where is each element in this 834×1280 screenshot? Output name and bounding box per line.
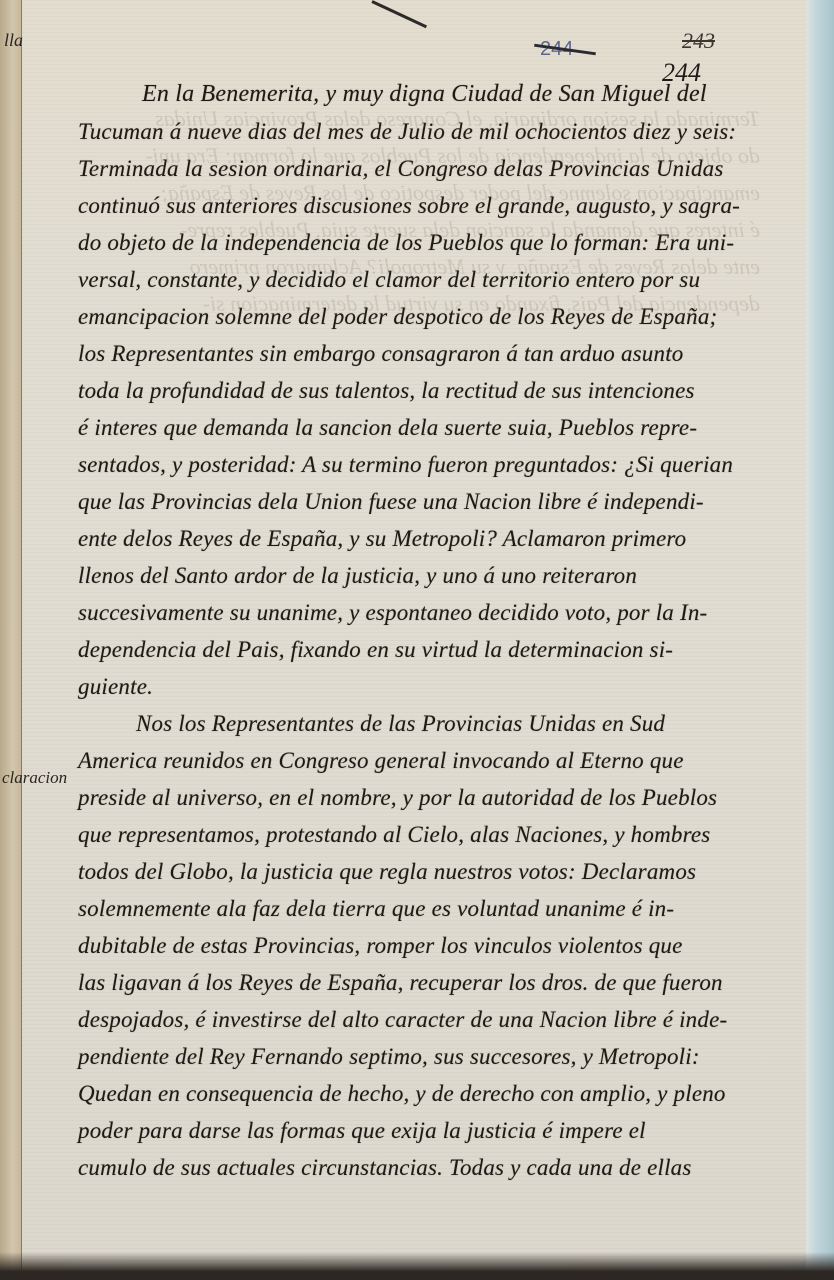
text-line: pendiente del Rey Fernando septimo, sus … bbox=[78, 1038, 798, 1075]
background-shadow bbox=[0, 1252, 834, 1280]
manuscript-photo: Terminada la sesion ordinaria, el Congre… bbox=[0, 0, 834, 1280]
text-line: emancipacion solemne del poder despotico… bbox=[78, 298, 798, 335]
text-line: que las Provincias dela Union fuese una … bbox=[78, 483, 798, 520]
text-line: solemnemente ala faz dela tierra que es … bbox=[78, 890, 798, 927]
manuscript-text: En la Benemerita, y muy digna Ciudad de … bbox=[78, 76, 798, 1186]
text-line: do objeto de la independencia de los Pue… bbox=[78, 224, 798, 261]
text-line: los Representantes sin embargo consagrar… bbox=[78, 335, 798, 372]
text-line: sentados, y posteridad: A su termino fue… bbox=[78, 446, 798, 483]
pencil-folio-number: 244 bbox=[540, 38, 573, 61]
declaration-opening-line: Nos los Representantes de las Provincias… bbox=[78, 705, 798, 742]
text-line: las ligavan á los Reyes de España, recup… bbox=[78, 964, 798, 1001]
text-line: Quedan en consequencia de hecho, y de de… bbox=[78, 1075, 798, 1112]
text-line: cumulo de sus actuales circunstancias. T… bbox=[78, 1149, 798, 1186]
text-line: é interes que demanda la sancion dela su… bbox=[78, 409, 798, 446]
text-line: succesivamente su unanime, y espontaneo … bbox=[78, 594, 798, 631]
text-line: ente delos Reyes de España, y su Metropo… bbox=[78, 520, 798, 557]
text-line: continuó sus anteriores discusiones sobr… bbox=[78, 187, 798, 224]
text-line: todos del Globo, la justicia que regla n… bbox=[78, 853, 798, 890]
text-line: preside al universo, en el nombre, y por… bbox=[78, 779, 798, 816]
text-line: despojados, é investirse del alto caract… bbox=[78, 1001, 798, 1038]
text-line: En la Benemerita, y muy digna Ciudad de … bbox=[78, 76, 798, 113]
text-line: America reunidos en Congreso general inv… bbox=[78, 742, 798, 779]
struck-folio-number: 243 bbox=[682, 28, 715, 54]
text-line: Terminada la sesion ordinaria, el Congre… bbox=[78, 150, 798, 187]
text-line: poder para darse las formas que exija la… bbox=[78, 1112, 798, 1149]
binding-edge bbox=[806, 0, 834, 1280]
text-line: que representamos, protestando al Cielo,… bbox=[78, 816, 798, 853]
text-line: llenos del Santo ardor de la justicia, y… bbox=[78, 557, 798, 594]
margin-note-declaration: claracion bbox=[2, 768, 67, 788]
text-line: versal, constante, y decidido el clamor … bbox=[78, 261, 798, 298]
text-line: Tucuman á nueve dias del mes de Julio de… bbox=[78, 113, 798, 150]
text-line: toda la profundidad de sus talentos, la … bbox=[78, 372, 798, 409]
text-line: dubitable de estas Provincias, romper lo… bbox=[78, 927, 798, 964]
margin-note-top: lla bbox=[4, 30, 23, 51]
text-line: dependencia del Pais, fixando en su virt… bbox=[78, 631, 798, 668]
text-line: guiente. bbox=[78, 668, 798, 705]
adjacent-page-edge bbox=[0, 0, 22, 1280]
